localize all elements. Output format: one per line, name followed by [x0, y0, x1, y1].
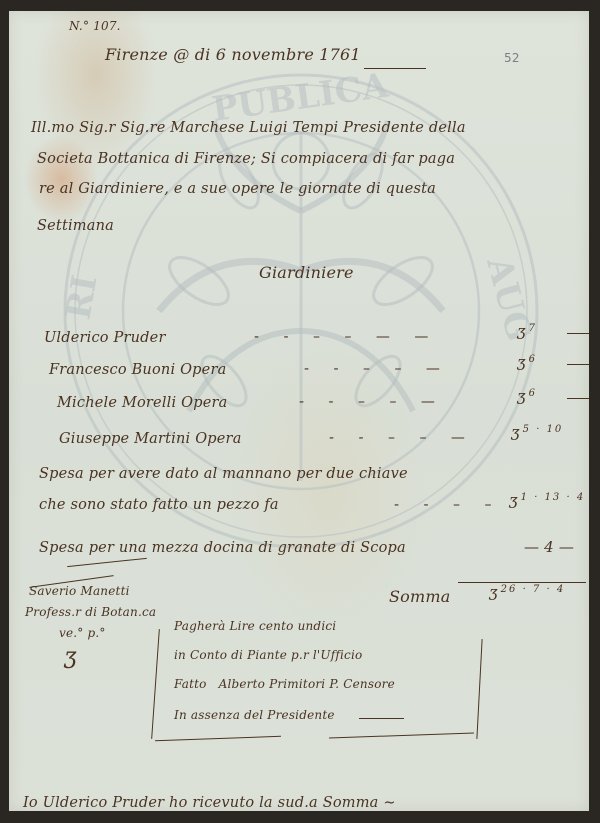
stamp-text-left: RI	[58, 272, 105, 322]
salutation-line-2: Societa Bottanica di Firenze; Si compiac…	[37, 151, 455, 167]
leader-dashes: - - – – —	[304, 361, 450, 377]
total-rule	[458, 582, 586, 583]
amount-value: 6	[529, 388, 537, 399]
box-left-bracket	[151, 629, 160, 739]
amount-value: 1 · 13 · 4	[521, 492, 586, 503]
amount-rule	[567, 333, 589, 334]
amount-rule	[567, 398, 589, 399]
date-underline	[364, 68, 426, 69]
signatory-note: ve.° p.°	[59, 626, 106, 640]
signature-tail	[359, 718, 404, 719]
entry-amount: Ʒ6	[517, 388, 537, 408]
entry-description: Ulderico Pruder	[44, 330, 166, 346]
box-bottom-rule-left	[155, 736, 281, 741]
box-bottom-rule-right	[329, 732, 474, 738]
currency-symbol: Ʒ	[489, 586, 498, 604]
archive-page-number: 52	[504, 51, 520, 65]
leader-dashes: - - – – — —	[254, 329, 438, 345]
salutation-line-3: re al Giardiniere, e a sue opere le gior…	[39, 181, 436, 197]
reference-number: N.° 107.	[69, 19, 121, 33]
currency-symbol: Ʒ	[517, 390, 526, 408]
salutation-line-4: Settimana	[37, 218, 114, 234]
manuscript-page: PUBLICA AUG RI N.° 107. Firenze @ di 6 n…	[9, 11, 589, 811]
entry-description: Francesco Buoni Opera	[49, 362, 226, 378]
entry-amount: Ʒ7	[517, 323, 537, 343]
entry-description: Giuseppe Martini Opera	[59, 431, 242, 447]
signatory-title: Profess.r di Botan.ca	[25, 605, 156, 619]
total-label: Somma	[389, 587, 450, 606]
entry-description-continued: che sono stato fatto un pezzo fa	[39, 497, 279, 513]
signatory-name: Saverio Manetti	[29, 584, 130, 598]
box-right-bracket	[476, 639, 482, 739]
entry-underline	[67, 558, 147, 567]
section-heading: Giardiniere	[259, 263, 354, 282]
salutation-line-1: Ill.mo Sig.r Sig.re Marchese Luigi Tempi…	[31, 120, 466, 136]
payment-order-line-1: Pagherà Lire cento undici	[174, 619, 336, 633]
entry-amount: Ʒ1 · 13 · 4	[509, 492, 585, 512]
leader-dashes: - - – –	[394, 497, 501, 513]
leader-dashes: - - – – —	[299, 394, 445, 410]
amount-value: 4	[544, 538, 554, 556]
payment-order-line-4: In assenza del Presidente	[174, 708, 335, 722]
currency-symbol: Ʒ	[517, 325, 526, 343]
date-text: Firenze @ di 6 novembre 1761	[105, 45, 361, 64]
entry-amount: — 4 —	[524, 538, 574, 556]
dash: —	[559, 538, 574, 556]
currency-symbol: Ʒ	[511, 426, 520, 444]
entry-description: Spesa per avere dato al mannano per due …	[39, 466, 408, 482]
entry-description: Spesa per una mezza docina di granate di…	[39, 540, 406, 556]
total-value: 26 · 7 · 4	[501, 584, 566, 595]
signatory-mark: Ʒ	[64, 649, 77, 674]
amount-value: 6	[529, 354, 537, 365]
currency-symbol: Ʒ	[517, 356, 526, 374]
amount-value: 5 · 10	[523, 424, 564, 435]
entry-amount: Ʒ5 · 10	[511, 424, 563, 444]
receipt-line: Io Ulderico Pruder ho ricevuto la sud.a …	[23, 795, 396, 811]
dash: —	[524, 538, 539, 556]
date-line: Firenze @ di 6 novembre 1761	[105, 45, 361, 64]
leader-dashes: - - – – —	[329, 430, 475, 446]
currency-symbol: Ʒ	[509, 494, 518, 512]
payment-order-line-2: in Conto di Piante p.r l'Ufficio	[174, 648, 362, 662]
payment-order-line-3: Fatto Alberto Primitori P. Censore	[174, 677, 395, 691]
amount-value: 7	[529, 323, 537, 334]
amount-rule	[567, 364, 589, 365]
entry-amount: Ʒ6	[517, 354, 537, 374]
entry-description: Michele Morelli Opera	[57, 395, 228, 411]
total-amount: Ʒ26 · 7 · 4	[489, 584, 565, 604]
